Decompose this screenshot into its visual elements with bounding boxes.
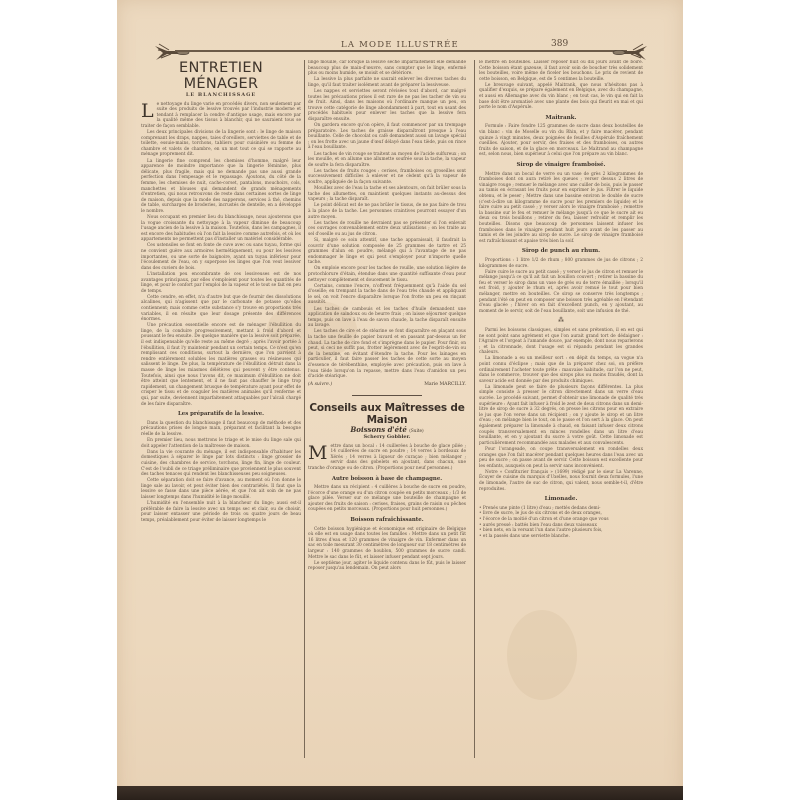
newspaper-page: LA MODE ILLUSTRÉE 389 ENTRETIEN MÉNAGER … <box>117 0 683 800</box>
article-paragraph: Mouillez avec de l'eau la tache et ses a… <box>308 186 466 203</box>
column-right: le mettre en bouteilles. Laisser reposer… <box>479 60 643 760</box>
recipe-text: Mettre dans un récipient : 4 cuillères à… <box>308 485 466 513</box>
column-left: ENTRETIEN MÉNAGER LE BLANCHISSAGE Le net… <box>141 60 301 760</box>
recipe-name: Boisson rafraîchissante. <box>308 518 466 524</box>
running-head: LA MODE ILLUSTRÉE <box>117 40 683 50</box>
article-paragraph: Certains, comme l'encre, n'offrent fréqu… <box>308 284 466 306</box>
to-be-continued: (A suivre.) <box>308 382 332 388</box>
recipe-text: Mettre dans un bocal : 14 cuillerées à b… <box>308 444 466 472</box>
article-signature: (A suivre.) Marie MARCILLY. <box>308 382 466 388</box>
recipe-name: Sirop de vinaigre framboisé. <box>479 163 643 169</box>
article-paragraph: L'installation peu encombrante de ces le… <box>141 272 301 294</box>
recipe-text: Cette boisson hygiénique et économique e… <box>308 527 466 561</box>
drop-cap: L <box>141 103 154 119</box>
header-rule <box>175 50 627 52</box>
article-paragraph: linge mouillé, car lorsque la lessive sè… <box>308 60 466 77</box>
drop-cap: M <box>308 445 327 461</box>
article-paragraph: La lessive la plus parfaite ne saurait e… <box>308 77 466 88</box>
article-paragraph: On gardera encore qu'on opère, il faut c… <box>308 123 466 151</box>
article-paragraph: Le point délicat est de ne pas brûler le… <box>308 203 466 220</box>
article-paragraph: Les taches de cire et de stéarine se fon… <box>308 329 466 379</box>
recipe-name: Scherry Gobbler. <box>308 435 466 441</box>
author-name: Marie MARCILLY. <box>424 382 466 388</box>
boissons-title: Boissons d'été (Suite) <box>308 427 466 434</box>
recipe-name: Maitrank. <box>479 116 643 122</box>
scan-edge <box>117 786 683 800</box>
article-paragraph: On emploie encore pour les taches de rou… <box>308 266 466 283</box>
article-paragraph: Le breuvage suivant, appelé Maitrank, qu… <box>479 83 643 111</box>
asterism-ornament-icon: ⁂ <box>479 318 643 324</box>
article-paragraph: Les taches de vin rouge se traitent au m… <box>308 152 466 169</box>
article-subtitle: LE BLANCHISSAGE <box>141 93 301 99</box>
article-paragraph: Les taches de fruits rouges : cerises, f… <box>308 169 466 186</box>
recipe-text: Le septième jour, agiter le liquide cont… <box>308 561 466 572</box>
article-paragraph: En premier lieu, nous mettrons le triage… <box>141 438 301 449</box>
article-paragraph: Notre « Confiturier français » (1699) ré… <box>479 470 643 492</box>
article-paragraph: Le nettoyage du linge varie en procédés … <box>141 102 301 130</box>
article-title: ENTRETIEN MÉNAGER <box>141 60 301 92</box>
article-paragraph: Parmi les boissons classiques, simples e… <box>479 328 643 356</box>
quoted-line: • et la passés dans une serviette blanch… <box>479 534 643 540</box>
article-paragraph: Les deux principales divisions de la lin… <box>141 130 301 158</box>
column-middle: linge mouillé, car lorsque la lessive sè… <box>308 60 466 760</box>
article-paragraph: Les nappes et serviettes seront révisées… <box>308 89 466 123</box>
article-paragraph: Ces ustensiles se font en fonte de cuve … <box>141 243 301 271</box>
recipe-name: Limonade. <box>479 497 643 503</box>
recipe-text: Proportions : 1 litre 1/2 de rhum ; 800 … <box>479 258 643 269</box>
article-paragraph: Pour l'orangeade, on coupe transversalem… <box>479 447 643 469</box>
recipe-text: Faire cuire le sucre au petit cassé ; y … <box>479 270 643 315</box>
recipe-text: Formule : Faire fondre 125 grammes de su… <box>479 124 643 158</box>
article-paragraph: Les taches de rouille ne devraient pas s… <box>308 221 466 238</box>
article-paragraph: Si, malgré ce soin attentif, une tache a… <box>308 238 466 266</box>
article-paragraph: Une précaution essentielle encore est de… <box>141 323 301 407</box>
article-paragraph: La limonade peut se faire de plusieurs f… <box>479 385 643 447</box>
article-paragraph: Les taches de cambouis et les taches d'h… <box>308 307 466 329</box>
article-paragraph: Nous occupant en premier lieu du blanchi… <box>141 215 301 243</box>
section-divider <box>352 395 422 396</box>
article-paragraph: L'humidité en l'ensemble nuit à la blanc… <box>141 501 301 523</box>
page-number: 389 <box>551 39 568 49</box>
article-paragraph: La lingerie fine comprend les chemises d… <box>141 159 301 215</box>
quill-ornament-icon <box>607 42 649 62</box>
conseils-title: Conseils aux Maîtresses de Maison <box>308 402 466 426</box>
quill-ornament-icon <box>153 42 195 62</box>
article-paragraph: le mettre en bouteilles. Laisser reposer… <box>479 60 643 82</box>
section-heading: Les préparatifs de la lessive. <box>141 412 301 418</box>
article-paragraph: La limonade a eu un meilleur sort : en d… <box>479 356 643 384</box>
recipe-name: Sirop de punch au rhum. <box>479 249 643 255</box>
recipe-name: Autre boisson à base de champagne. <box>308 477 466 483</box>
article-paragraph: Dans la question du blanchissage il faut… <box>141 421 301 438</box>
article-paragraph: Dans la vie courante du ménage, il est i… <box>141 450 301 478</box>
article-paragraph: Cette séparation doit se faire d'avance,… <box>141 478 301 500</box>
column-divider <box>474 60 475 758</box>
article-paragraph: Cette cendre, en effet, n'a d'autre but … <box>141 295 301 323</box>
column-divider <box>304 60 305 758</box>
recipe-text: Mettre dans un bocal de verre ou un vase… <box>479 172 643 245</box>
